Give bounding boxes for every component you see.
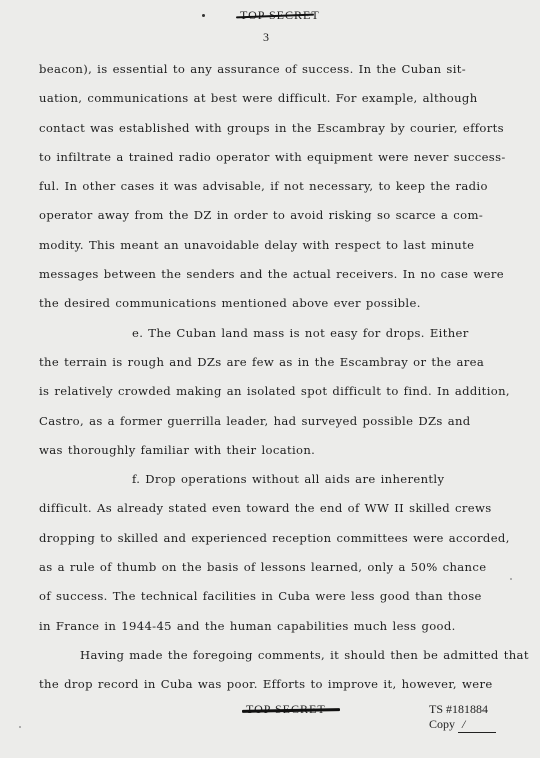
- body-line: the terrain is rough and DZs are few as …: [39, 348, 509, 377]
- copy-field: Copy /: [429, 717, 496, 733]
- body-line: as a rule of thumb on the basis of lesso…: [39, 553, 509, 582]
- page-number: 3: [263, 30, 269, 45]
- copy-label: Copy: [429, 717, 455, 731]
- copy-number: /: [458, 717, 496, 733]
- ts-control-number: TS #181884: [429, 702, 496, 717]
- paragraph-e-start: e. The Cuban land mass is not easy for d…: [39, 319, 509, 348]
- body-line: dropping to skilled and experienced rece…: [39, 524, 509, 553]
- body-line: contact was established with groups in t…: [39, 114, 509, 143]
- paper-speck: [19, 726, 21, 728]
- body-line: is relatively crowded making an isolated…: [39, 377, 509, 406]
- control-block: TS #181884 Copy /: [429, 702, 496, 733]
- body-line: difficult. As already stated even toward…: [39, 494, 509, 523]
- body-line: ful. In other cases it was advisable, if…: [39, 172, 509, 201]
- body-line: beacon), is essential to any assurance o…: [39, 55, 509, 84]
- body-line: operator away from the DZ in order to av…: [39, 201, 509, 230]
- body-line: the drop record in Cuba was poor. Effort…: [39, 670, 509, 699]
- body-line: modity. This meant an unavoidable delay …: [39, 231, 509, 260]
- body-line: messages between the senders and the act…: [39, 260, 509, 289]
- body-line: was thoroughly familiar with their locat…: [39, 436, 509, 465]
- paragraph-start: Having made the foregoing comments, it s…: [39, 641, 509, 670]
- paragraph-f-start: f. Drop operations without all aids are …: [39, 465, 509, 494]
- document-body: beacon), is essential to any assurance o…: [39, 55, 509, 700]
- body-line: in France in 1944-45 and the human capab…: [39, 612, 509, 641]
- document-page: TOP SECRET 3 beacon), is essential to an…: [0, 0, 540, 758]
- body-line: uation, communications at best were diff…: [39, 84, 509, 113]
- decorative-dot: [202, 14, 205, 17]
- body-line: Castro, as a former guerrilla leader, ha…: [39, 407, 509, 436]
- body-line: to infiltrate a trained radio operator w…: [39, 143, 509, 172]
- body-line: the desired communications mentioned abo…: [39, 289, 509, 318]
- body-line: of success. The technical facilities in …: [39, 582, 509, 611]
- paper-speck: [510, 578, 512, 580]
